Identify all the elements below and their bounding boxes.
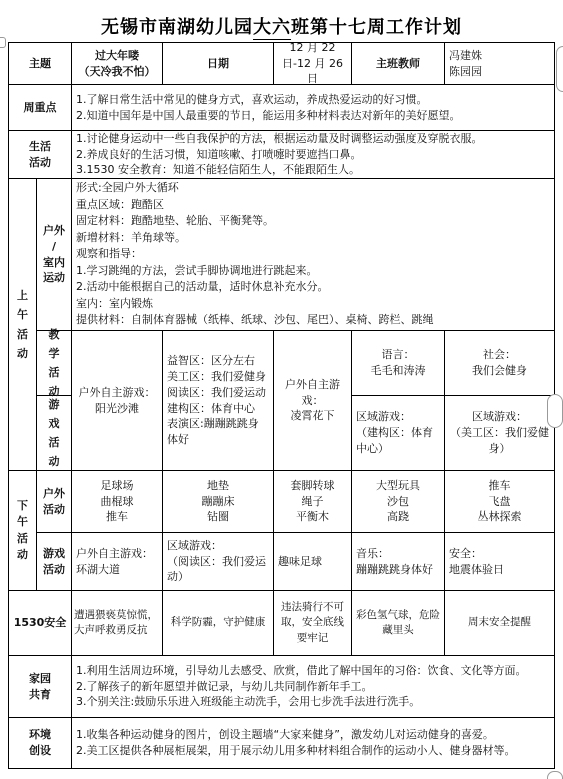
header-row: 主题 过大年喽 （天冷我不怕） 日期 12 月 22 日-12 月 26 日 主… [9,43,554,85]
games-area-construction-cell: 区域游戏： （建构区：体育中心） [352,396,445,471]
title-text-underlined: 大六 [253,17,291,40]
scrollbar-thumb-top-right[interactable] [556,46,563,92]
safety-cell-4: 彩色氢气球，危险藏里头 [352,591,445,656]
morning-teaching-games-row: 教 学 活 动 游 戏 活 动 户外自主游戏： 阳光沙滩 益智区：区分左右 美工… [37,331,554,471]
games-label-cell: 游 戏 活 动 [37,396,72,471]
environment-content-cell: 1.收集各种运动健身的图片，创设主题墙“大家来健身”，激发幼儿对运动健身的喜爱。… [72,718,554,768]
morning-band-content: 户外 / 室内 运动 形式:全园户外大循环 重点区域：跑酷区 固定材料：跑酷地垫… [37,179,554,471]
afternoon-outdoor-cell-4: 大型玩具 沙包 高跷 [352,471,445,533]
environment-row: 环境 创设 1.收集各种运动健身的图片，创设主题墙“大家来健身”，激发幼儿对运动… [9,718,554,768]
date-label-cell: 日期 [163,43,274,85]
page-title: 无锡市南湖幼儿园大六班第十七周工作计划 [0,13,563,39]
morning-col-d: 语言： 毛毛和涛涛 区域游戏： （建构区：体育中心） [352,331,445,471]
theme-label-cell: 主题 [9,43,72,85]
games-area-art-cell: 区域游戏： （美工区：我们爱健身） [445,396,554,471]
title-text-left: 无锡市南湖幼儿园 [101,17,253,38]
safety-1530-row: 1530安全 遭遇猥亵莫惊慌， 大声呼救勇反抗 科学防霾，守护健康 违法骑行不可… [9,591,554,656]
morning-outdoor-indoor-row: 户外 / 室内 运动 形式:全园户外大循环 重点区域：跑酷区 固定材料：跑酷地垫… [37,179,554,331]
morning-outdoor-game-cell-2: 户外自主游戏： 凌霄花下 [274,331,352,471]
morning-band-label-cell: 上 午 活 动 [9,179,37,471]
scrollbar-thumb-bottom-right[interactable] [547,771,563,779]
week-focus-label-cell: 周重点 [9,85,72,131]
teacher-label-cell: 主班教师 [352,43,445,85]
afternoon-games-label-cell: 游戏 活动 [37,533,72,591]
afternoon-outdoor-cell-3: 套脚转球 绳子 平衡木 [274,471,352,533]
afternoon-games-cell-1: 户外自主游戏： 环湖大道 [72,533,163,591]
teaching-label-cell: 教 学 活 动 [37,331,72,396]
safety-cell-2: 科学防霾，守护健康 [163,591,274,656]
scrollbar-thumb-right[interactable] [547,394,563,428]
teaching-social-cell: 社会： 我们会健身 [445,331,554,396]
afternoon-band-content: 户外 活动 足球场 曲棍球 推车 地垫 蹦蹦床 钻圈 套脚转球 绳子 平衡木 大… [37,471,554,591]
week-focus-row: 周重点 1.了解日常生活中常见的健身方式，喜欢运动，养成热爱运动的好习惯。 2.… [9,85,554,131]
afternoon-outdoor-cell-2: 地垫 蹦蹦床 钻圈 [163,471,274,533]
home-coop-content-cell: 1.利用生活周边环境，引导幼儿去感受、欣赏，借此了解中国年的习俗：饮食、文化等方… [72,656,554,718]
afternoon-band-label-cell: 下 午 活 动 [9,471,37,591]
safety-1530-label-cell: 1530安全 [9,591,72,656]
ui-fragment-top-left [0,37,6,48]
safety-cell-3: 违法骑行不可取，安全底线要牢记 [274,591,352,656]
date-value-cell: 12 月 22 日-12 月 26 日 [274,43,352,85]
afternoon-games-cell-4: 音乐： 蹦蹦跳跳身体好 [352,533,445,591]
home-coop-label-cell: 家园 共育 [9,656,72,718]
outdoor-indoor-label-cell: 户外 / 室内 运动 [37,179,72,331]
weekly-plan-table: 主题 过大年喽 （天冷我不怕） 日期 12 月 22 日-12 月 26 日 主… [8,42,555,769]
afternoon-games-row: 游戏 活动 户外自主游戏： 环湖大道 区域游戏： （阅读区：我们爱运动） 趣味足… [37,533,554,591]
week-focus-content-cell: 1.了解日常生活中常见的健身方式，喜欢运动，养成热爱运动的好习惯。 2.知道中国… [72,85,554,131]
afternoon-games-cell-5: 安全： 地震体验日 [445,533,554,591]
home-coop-row: 家园 共育 1.利用生活周边环境，引导幼儿去感受、欣赏，借此了解中国年的习俗：饮… [9,656,554,718]
teacher-value-cell: 冯建姝 陈园园 [445,43,554,85]
environment-label-cell: 环境 创设 [9,718,72,768]
afternoon-band: 下 午 活 动 户外 活动 足球场 曲棍球 推车 地垫 蹦蹦床 钻圈 套脚转球 … [9,471,554,591]
morning-sublabels: 教 学 活 动 游 戏 活 动 [37,331,72,471]
screenshot-root: { "title": { "part1": "无锡市南湖幼儿园", "under… [0,0,563,779]
afternoon-outdoor-label-cell: 户外 活动 [37,471,72,533]
outdoor-indoor-content-cell: 形式:全园户外大循环 重点区域：跑酷区 固定材料：跑酷地垫、轮胎、平衡凳等。 新… [72,179,554,331]
title-text-right: 班第十七周工作计划 [291,17,462,38]
teaching-language-cell: 语言： 毛毛和涛涛 [352,331,445,396]
afternoon-outdoor-row: 户外 活动 足球场 曲棍球 推车 地垫 蹦蹦床 钻圈 套脚转球 绳子 平衡木 大… [37,471,554,533]
afternoon-outdoor-cell-5: 推车 飞盘 丛林探索 [445,471,554,533]
afternoon-outdoor-cell-1: 足球场 曲棍球 推车 [72,471,163,533]
afternoon-games-cell-2: 区域游戏： （阅读区：我们爱运动） [163,533,274,591]
morning-areas-cell: 益智区：区分左右 美工区：我们爱健身 阅读区：我们爱运动 建构区：体育中心 表演… [163,331,274,471]
theme-value-cell: 过大年喽 （天冷我不怕） [72,43,163,85]
morning-col-e: 社会： 我们会健身 区域游戏： （美工区：我们爱健身） [445,331,554,471]
morning-outdoor-game-cell-1: 户外自主游戏： 阳光沙滩 [72,331,163,471]
life-activity-row: 生活 活动 1.讨论健身运动中一些自我保护的方法，根据运动量及时调整运动强度及穿… [9,131,554,179]
afternoon-games-cell-3: 趣味足球 [274,533,352,591]
life-activity-label-cell: 生活 活动 [9,131,72,179]
safety-cell-5: 周末安全提醒 [445,591,554,656]
morning-band: 上 午 活 动 户外 / 室内 运动 形式:全园户外大循环 重点区域：跑酷区 固… [9,179,554,471]
safety-cell-1: 遭遇猥亵莫惊慌， 大声呼救勇反抗 [72,591,163,656]
life-activity-content-cell: 1.讨论健身运动中一些自我保护的方法，根据运动量及时调整运动强度及穿脱衣服。 2… [72,131,554,179]
